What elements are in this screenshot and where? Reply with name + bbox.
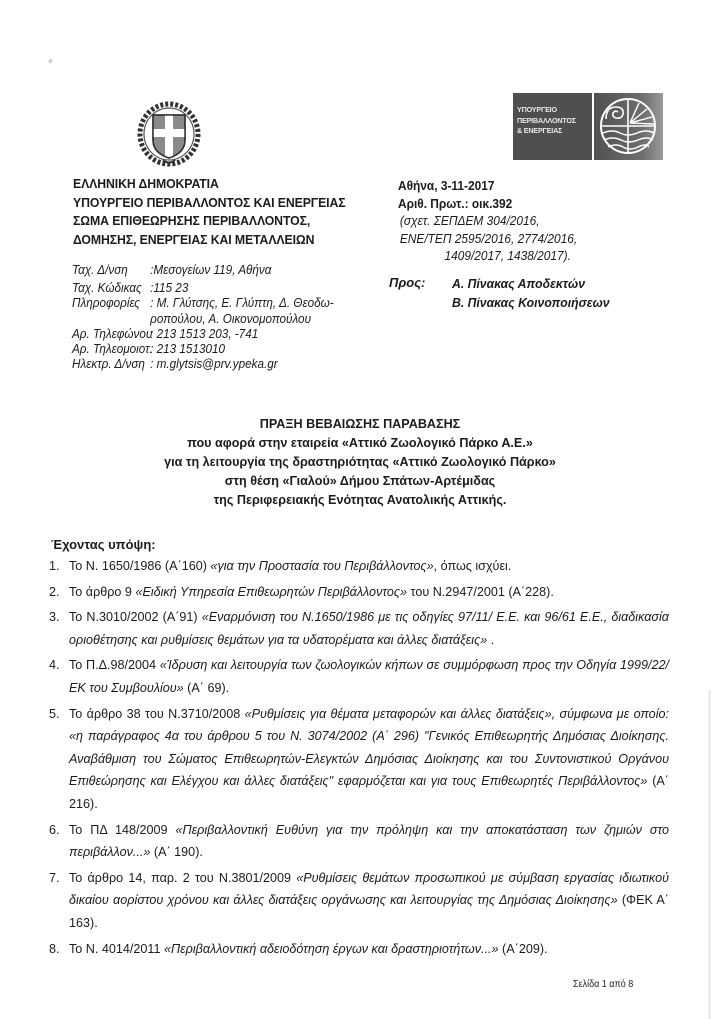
recipients-list: Α. Πίνακας Αποδεκτών Β. Πίνακας Κοινοποι… [452,275,610,312]
contact-value: ροπούλου, Α. Οικονομοπούλου [150,312,311,327]
scan-speck [48,59,53,64]
document-reference-block: Αθήνα, 3-11-2017 Αριθ. Πρωτ.: οικ.392 (σ… [398,177,577,265]
item-number: 3. [49,606,69,651]
title-line: στη θέση «Γιαλού» Δήμου Σπάτων-Αρτέμιδας [0,472,720,491]
org-line: ΕΛΛΗΝΙΚΗ ΔΗΜΟΚΡΑΤΙΑ [73,175,346,194]
page-indicator: Σελίδα 1 από 8 [573,979,633,990]
considering-item: 2.Το άρθρο 9 «Ειδική Υπηρεσία Επιθεωρητώ… [49,581,669,604]
item-text: Το Ν. 4014/2011 «Περιβαλλοντική αδειοδότ… [69,938,669,961]
page-edge-shadow [708,690,711,1019]
organization-header: ΕΛΛΗΝΙΚΗ ΔΗΜΟΚΡΑΤΙΑ ΥΠΟΥΡΓΕΙΟ ΠΕΡΙΒΑΛΛΟΝ… [73,175,346,249]
contact-row: Ηλεκτρ. Δ/νση : m.glytsis@prv.ypeka.gr [72,357,334,372]
considering-item: 7.Το άρθρο 14, παρ. 2 του Ν.3801/2009 «Ρ… [49,867,669,935]
contact-value: : 213 1513 203, -741 [150,327,258,342]
recipients-label: Προς: [389,275,425,290]
contact-label: Ταχ. Δ/νση [72,263,150,278]
contact-row: ροπούλου, Α. Οικονομοπούλου [72,312,334,327]
item-text: Το ΠΔ 148/2009 «Περιβαλλοντική Ευθύνη γι… [69,819,669,864]
contact-row: Αρ. Τηλεομοιοτ. : 213 1513010 [72,342,334,357]
contact-label: Αρ. Τηλεφώνου [72,327,150,342]
recipient-item: Β. Πίνακας Κοινοποιήσεων [452,294,610,313]
org-line: ΣΩΜΑ ΕΠΙΘΕΩΡΗΣΗΣ ΠΕΡΙΒΑΛΛΟΝΤΟΣ, [73,212,346,231]
protocol-number: Αριθ. Πρωτ.: οικ.392 [398,195,577,213]
contact-label [72,312,150,327]
contact-row: Ταχ. Κώδικας :115 23 [72,281,334,296]
contact-label: Πληροφορίες [72,296,150,311]
considering-item: 4.Το Π.Δ.98/2004 «Ίδρυση και λειτουργία … [49,654,669,699]
considering-item: 3.Το Ν.3010/2002 (Α΄91) «Εναρμόνιση του … [49,606,669,651]
considering-list: 1.Το Ν. 1650/1986 (Α΄160) «για την Προστ… [49,555,669,963]
item-text: Το Π.Δ.98/2004 «Ίδρυση και λειτουργία τω… [69,654,669,699]
contact-value: : 213 1513010 [150,342,225,357]
org-line: ΔΟΜΗΣΗΣ, ΕΝΕΡΓΕΙΑΣ ΚΑΙ ΜΕΤΑΛΛΕΙΩΝ [73,231,346,250]
reference-line: (σχετ. ΣΕΠΔΕΜ 304/2016, [398,212,577,230]
contact-value: : Μ. Γλύτσης, Ε. Γλύπτη, Δ. Θεοδω- [150,296,334,311]
item-number: 4. [49,654,69,699]
contact-details: Ταχ. Δ/νση :Μεσογείων 119, Αθήνα Ταχ. Κώ… [72,263,334,372]
item-number: 7. [49,867,69,935]
recipient-item: Α. Πίνακας Αποδεκτών [452,275,610,294]
title-line: ΠΡΑΞΗ ΒΕΒΑΙΩΣΗΣ ΠΑΡΑΒΑΣΗΣ [0,415,720,434]
logo-line: ΥΠΟΥΡΓΕΙΟ [517,105,592,116]
considering-heading: Έχοντας υπόψη: [51,537,156,552]
contact-row: Αρ. Τηλεφώνου : 213 1513 203, -741 [72,327,334,342]
coat-of-arms-icon [135,98,203,168]
item-text: Το άρθρο 14, παρ. 2 του Ν.3801/2009 «Ρυθ… [69,867,669,935]
logo-text-panel: ΥΠΟΥΡΓΕΙΟ ΠΕΡΙΒΑΛΛΟΝΤΟΣ & ΕΝΕΡΓΕΙΑΣ [513,93,592,160]
item-number: 1. [49,555,69,578]
logo-line: & ΕΝΕΡΓΕΙΑΣ [517,126,592,137]
contact-row: Πληροφορίες : Μ. Γλύτσης, Ε. Γλύπτη, Δ. … [72,296,334,311]
document-date: Αθήνα, 3-11-2017 [398,177,577,195]
item-text: Το άρθρο 9 «Ειδική Υπηρεσία Επιθεωρητών … [69,581,669,604]
item-number: 8. [49,938,69,961]
title-line: της Περιφερειακής Ενότητας Ανατολικής Ατ… [0,491,720,510]
contact-label: Αρ. Τηλεομοιοτ. [72,342,150,357]
reference-line: 1409/2017, 1438/2017). [398,247,577,265]
considering-item: 1.Το Ν. 1650/1986 (Α΄160) «για την Προστ… [49,555,669,578]
org-line: ΥΠΟΥΡΓΕΙΟ ΠΕΡΙΒΑΛΛΟΝΤΟΣ ΚΑΙ ΕΝΕΡΓΕΙΑΣ [73,194,346,213]
title-line: που αφορά στην εταιρεία «Αττικό Ζωολογικ… [0,434,720,453]
item-number: 2. [49,581,69,604]
item-text: Το άρθρο 38 του Ν.3710/2008 «Ρυθμίσεις γ… [69,703,669,816]
considering-item: 6.Το ΠΔ 148/2009 «Περιβαλλοντική Ευθύνη … [49,819,669,864]
contact-label: Ταχ. Κώδικας [72,281,150,296]
reference-line: ΕΝΕ/ΤΕΠ 2595/2016, 2774/2016, [398,230,577,248]
item-number: 5. [49,703,69,816]
contact-value: :115 23 [150,281,188,296]
contact-label: Ηλεκτρ. Δ/νση [72,357,150,372]
considering-item: 5.Το άρθρο 38 του Ν.3710/2008 «Ρυθμίσεις… [49,703,669,816]
contact-value: :Μεσογείων 119, Αθήνα [150,263,271,278]
ministry-logo: ΥΠΟΥΡΓΕΙΟ ΠΕΡΙΒΑΛΛΟΝΤΟΣ & ΕΝΕΡΓΕΙΑΣ [513,93,663,160]
title-line: για τη λειτουργία της δραστηριότητας «Ατ… [0,453,720,472]
item-text: Το Ν.3010/2002 (Α΄91) «Εναρμόνιση του Ν.… [69,606,669,651]
considering-item: 8.Το Ν. 4014/2011 «Περιβαλλοντική αδειοδ… [49,938,669,961]
logo-line: ΠΕΡΙΒΑΛΛΟΝΤΟΣ [517,116,592,127]
contact-email[interactable]: : m.glytsis@prv.ypeka.gr [150,357,278,372]
item-number: 6. [49,819,69,864]
item-text: Το Ν. 1650/1986 (Α΄160) «για την Προστασ… [69,555,669,578]
sun-sea-emblem-icon [594,93,663,160]
document-title: ΠΡΑΞΗ ΒΕΒΑΙΩΣΗΣ ΠΑΡΑΒΑΣΗΣ που αφορά στην… [0,415,720,510]
contact-row: Ταχ. Δ/νση :Μεσογείων 119, Αθήνα [72,263,334,278]
